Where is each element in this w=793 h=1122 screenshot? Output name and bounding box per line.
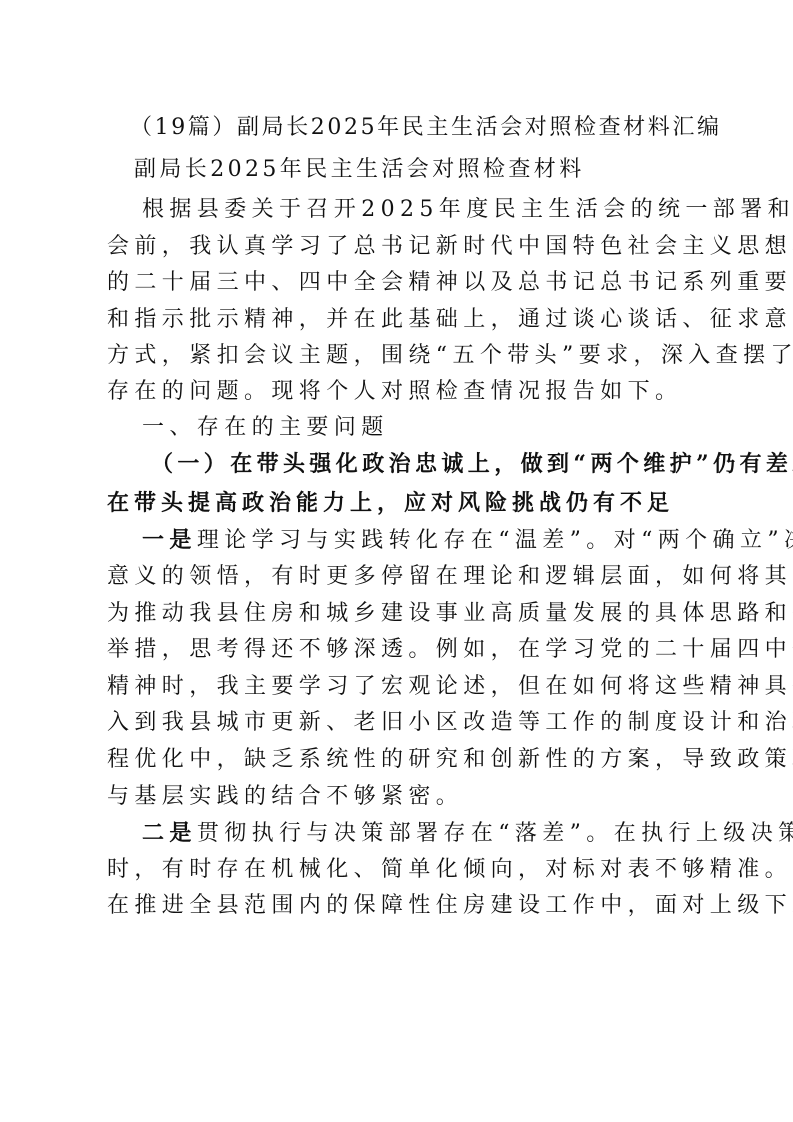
point1-first-line: 一是理论学习与实践转化存在“温差”。对“两个确立”决定性 [142,525,689,555]
point1-line: 与基层实践的结合不够紧密。 [107,782,689,812]
intro-line: 的二十届三中、四中全会精神以及总书记总书记系列重要讲话 [107,268,689,298]
point1-line: 程优化中，缺乏系统性的研究和创新性的方案，导致政策理论 [107,745,689,775]
point1-line: 举措，思考得还不够深透。例如，在学习党的二十届四中全会 [107,635,689,665]
subsection-heading-line: 在带头提高政治能力上，应对风险挑战仍有不足 [107,488,689,518]
subsection-heading-line: （一）在带头强化政治忠诚上，做到“两个维护”仍有差距； [151,449,733,479]
point2-line: 时，有时存在机械化、简单化倾向，对标对表不够精准。比如， [107,855,689,885]
point1-line: 为推动我县住房和城乡建设事业高质量发展的具体思路和务实 [107,599,689,629]
intro-line: 根据县委关于召开2025年度民主生活会的统一部署和要求， [142,195,689,225]
intro-line: 会前，我认真学习了总书记新时代中国特色社会主义思想、党 [107,232,689,262]
intro-line: 和指示批示精神，并在此基础上，通过谈心谈话、征求意见等 [107,305,689,335]
intro-line: 方式，紧扣会议主题，围绕“五个带头”要求，深入查摆了自身 [107,341,689,371]
point1-line: 意义的领悟，有时更多停留在理论和逻辑层面，如何将其转化 [107,562,689,592]
point1-lead: 一是 [142,527,197,553]
intro-line: 存在的问题。现将个人对照检查情况报告如下。 [107,377,689,407]
point1-first-rest: 理论学习与实践转化存在“温差”。对“两个确立”决定性 [197,528,793,553]
section-heading: 一、存在的主要问题 [142,413,724,443]
point2-first-rest: 贯彻执行与决策部署存在“落差”。在执行上级决策部署 [197,821,793,846]
document-title: （19篇）副局长2025年民主生活会对照检查材料汇编 [130,113,712,143]
point2-line: 在推进全县范围内的保障性住房建设工作中，面对上级下达的 [107,891,689,921]
point2-first-line: 二是贯彻执行与决策部署存在“落差”。在执行上级决策部署 [142,818,689,848]
document-subtitle: 副局长2025年民主生活会对照检查材料 [134,155,716,185]
document-page: （19篇）副局长2025年民主生活会对照检查材料汇编 副局长2025年民主生活会… [0,0,793,1122]
point1-line: 入到我县城市更新、老旧小区改造等工作的制度设计和治理流 [107,708,689,738]
point1-line: 精神时，我主要学习了宏观论述，但在如何将这些精神具体融 [107,672,689,702]
point2-lead: 二是 [142,820,197,846]
